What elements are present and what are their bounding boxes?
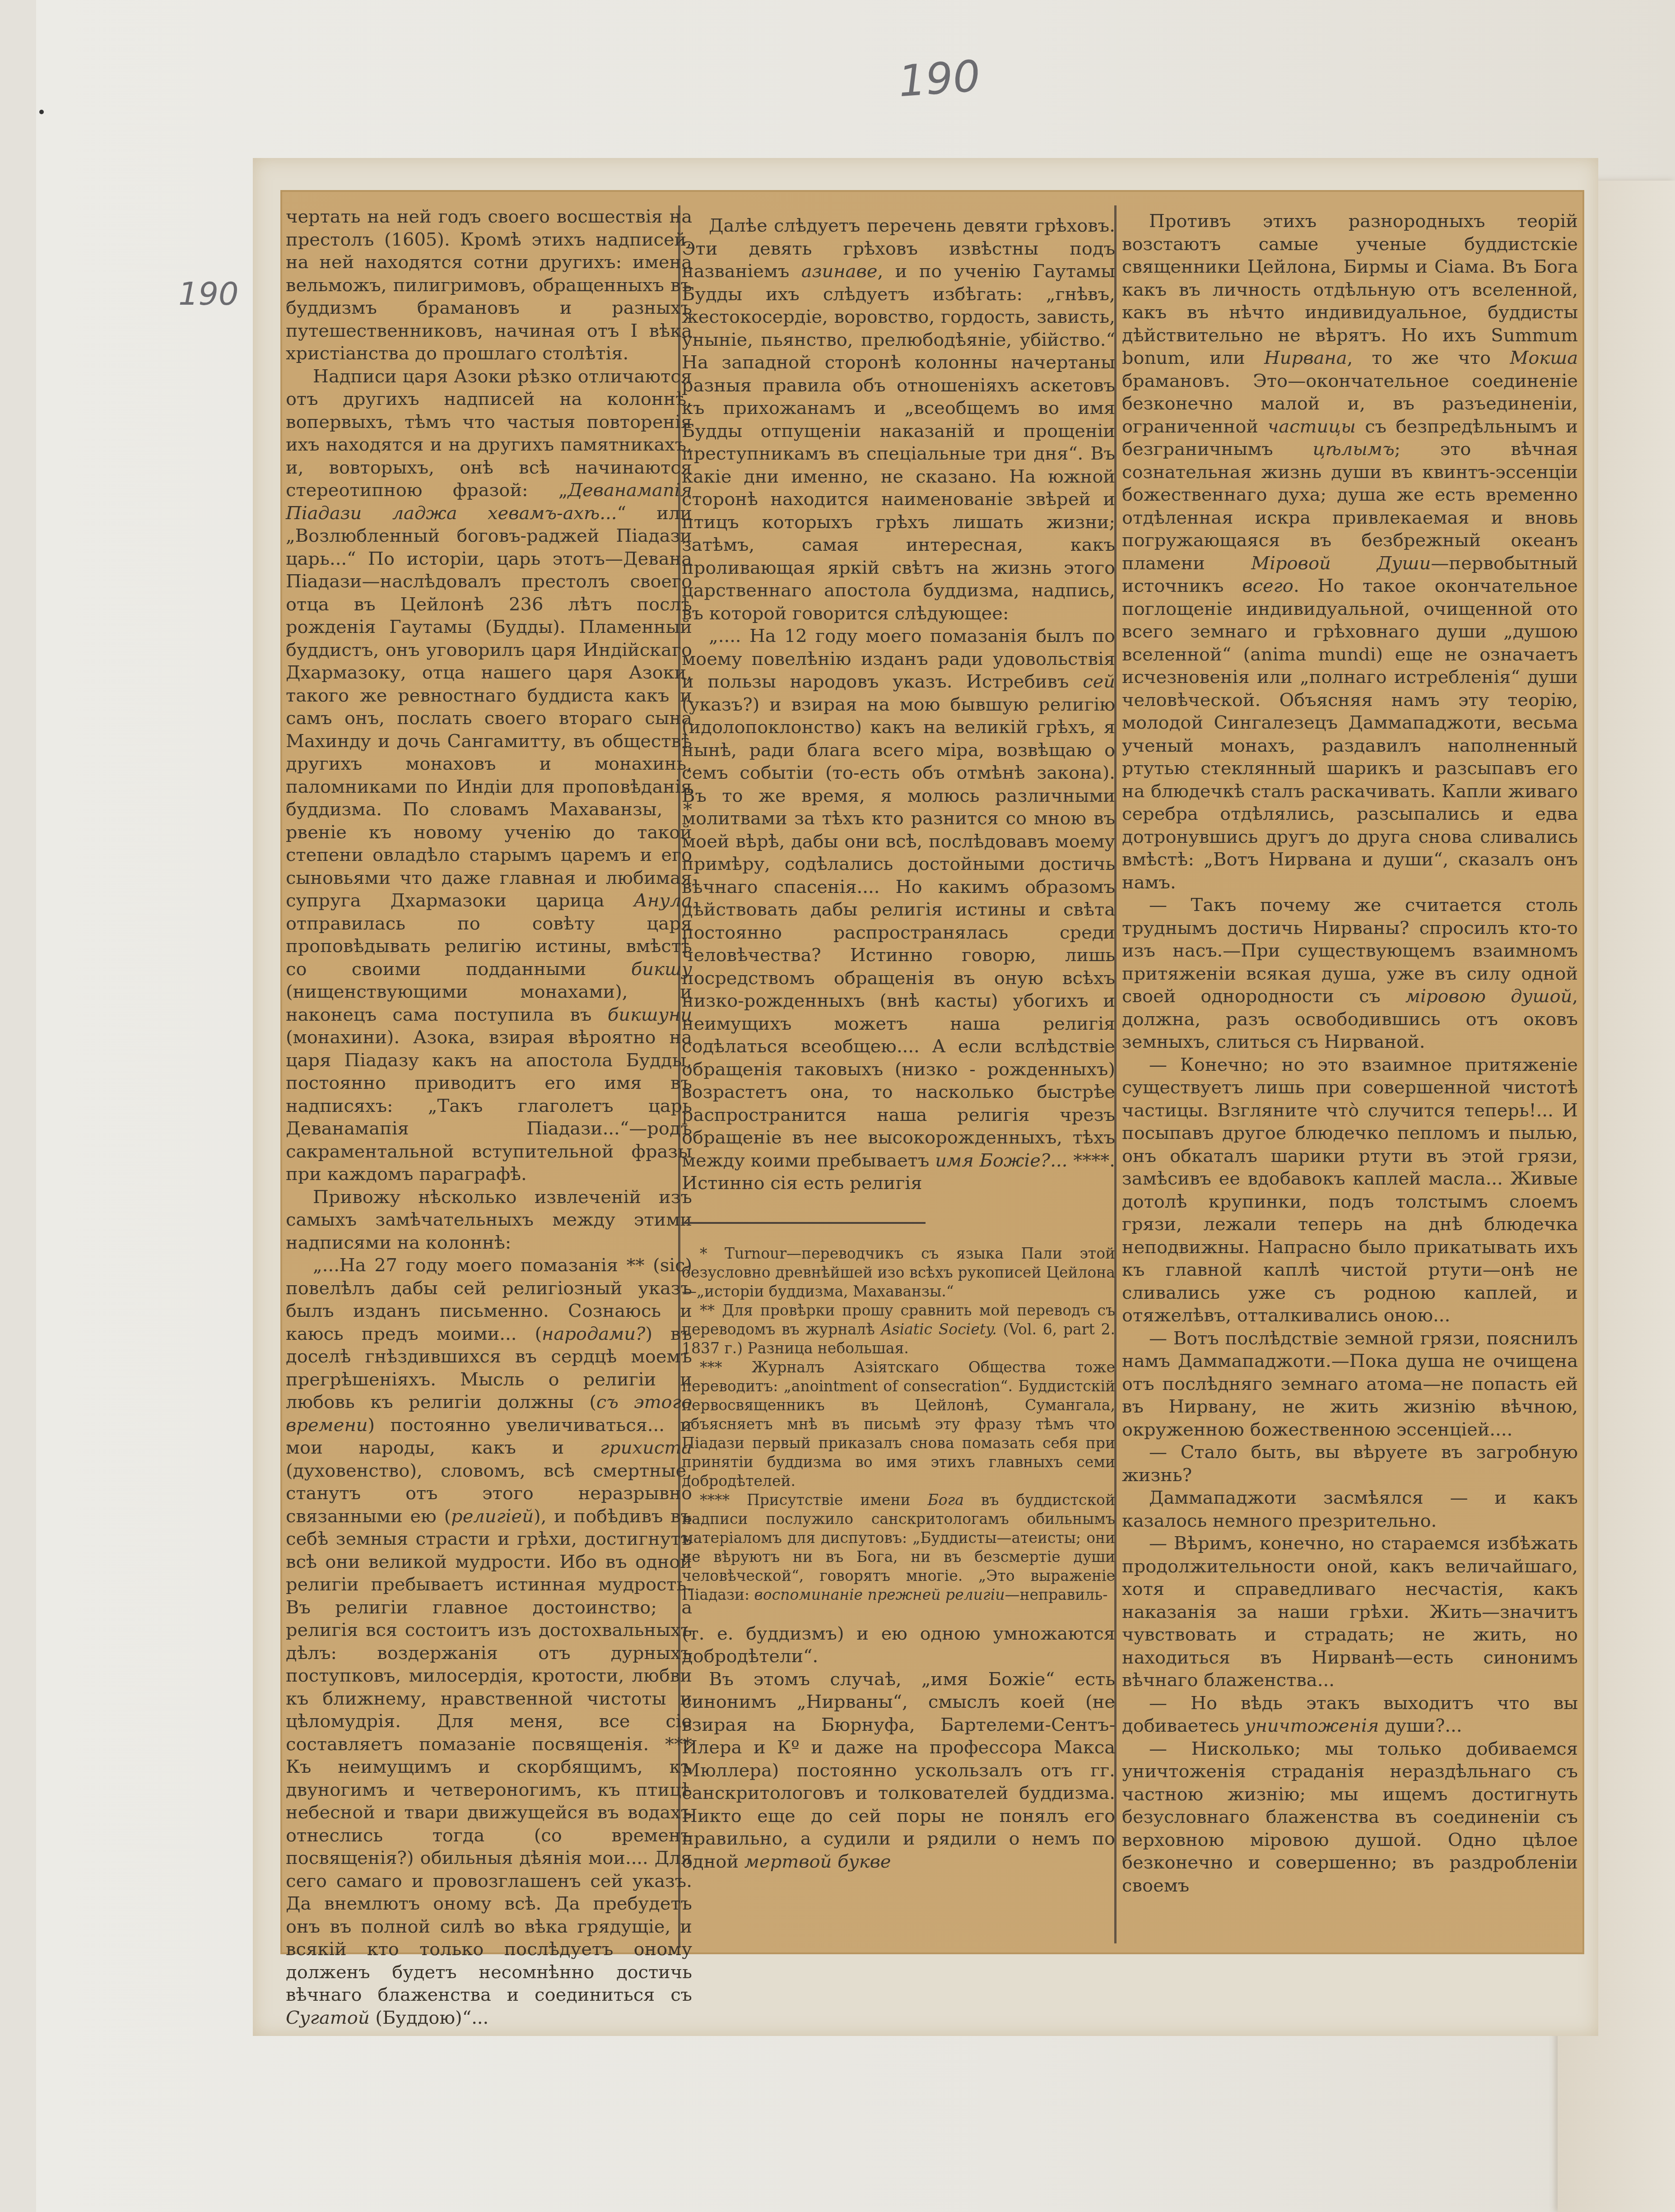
dialogue-paragraph: — Конечно; но это взаимное притяженіе су…	[1122, 1054, 1578, 1327]
dialogue-paragraph: — Вѣримъ, конечно, но стараемся избѣжать…	[1122, 1532, 1578, 1692]
text-column-3: Противъ этихъ разнородныхъ теорій возста…	[1122, 210, 1578, 1897]
newspaper-clipping: чертать на ней годъ своего восшествія на…	[282, 192, 1582, 1952]
quote-paragraph: „...На 27 году моего помазанія ** (sic) …	[286, 1254, 692, 2029]
ink-dot	[39, 110, 44, 114]
text-column-2: Далѣе слѣдуетъ перечень девяти грѣховъ. …	[682, 214, 1115, 1873]
footnote-rule	[682, 1222, 926, 1224]
footnote-1: * Turnour—переводчикъ съ языка Пали этой…	[682, 1244, 1115, 1301]
dialogue-paragraph: — Вотъ послѣдствіе земной грязи, пояснил…	[1122, 1327, 1578, 1441]
paragraph: Даммападжоти засмѣялся — и какъ казалось…	[1122, 1487, 1578, 1532]
paragraph: Далѣе слѣдуетъ перечень девяти грѣховъ. …	[682, 214, 1115, 625]
paragraph: (т. е. буддизмъ) и ею одною умножаются д…	[682, 1622, 1115, 1668]
paragraph: чертать на ней годъ своего восшествія на…	[286, 205, 692, 365]
text-column-1: чертать на ней годъ своего восшествія на…	[286, 205, 692, 2029]
footnote-2: ** Для провѣрки прошу сравнить мой перев…	[682, 1301, 1115, 1358]
footnote-3: *** Журналъ Азіятскаго Общества тоже пер…	[682, 1358, 1115, 1491]
page-number-top: 190	[897, 51, 982, 107]
paragraph: Привожу нѣсколько извлеченій изъ самыхъ …	[286, 1186, 692, 1255]
footnote-4: **** Присутствіе имени Бога въ буддистск…	[682, 1491, 1115, 1604]
paragraph: Надписи царя Азоки рѣзко отличаются отъ …	[286, 365, 692, 1186]
paragraph: Въ этомъ случаѣ, „имя Божіе“ есть синони…	[682, 1668, 1115, 1873]
footnotes: * Turnour—переводчикъ съ языка Пали этой…	[682, 1244, 1115, 1604]
dialogue-paragraph: — Такъ почему же считается столь трудным…	[1122, 894, 1578, 1054]
dialogue-paragraph: — Стало быть, вы вѣруете въ загробную жи…	[1122, 1441, 1578, 1487]
page-number-left: 190	[178, 275, 239, 312]
paragraph: Противъ этихъ разнородныхъ теорій возста…	[1122, 210, 1578, 894]
dialogue-paragraph: — Нисколько; мы только добиваемся уничто…	[1122, 1738, 1578, 1897]
dialogue-paragraph: — Но вѣдь этакъ выходитъ что вы добивает…	[1122, 1692, 1578, 1738]
quote-paragraph: „.... На 12 году моего помазанія былъ по…	[682, 625, 1115, 1195]
